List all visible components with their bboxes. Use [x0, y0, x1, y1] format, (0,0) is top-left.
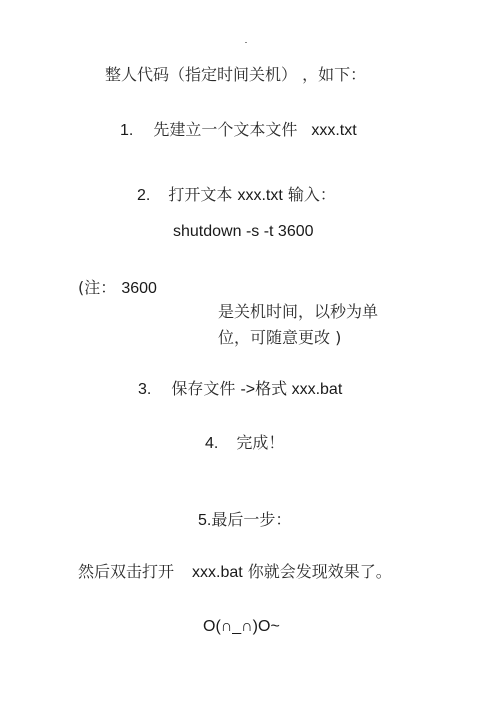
- step-number: 5.: [198, 511, 211, 531]
- step-number: 3.: [138, 380, 151, 400]
- step-number: 1.: [120, 121, 133, 141]
- step-text: 完成！: [236, 433, 284, 452]
- note-first-line: (注： 3600: [78, 278, 157, 299]
- intro-line: 整人代码（指定时间关机） ，如下：: [105, 65, 366, 85]
- step-text: 保存文件: [171, 379, 235, 398]
- document-page: 整人代码（指定时间关机） ，如下： 1.先建立一个文本文件xxx.txt 2.打…: [0, 0, 500, 708]
- step-format: ->格式 xxx.bat: [240, 381, 342, 398]
- note-line-1: 是关机时间，以秒为单: [218, 302, 378, 322]
- step-text: 最后一步：: [211, 510, 291, 529]
- final-line: 然后双击打开xxx.bat 你就会发现效果了。: [78, 562, 392, 583]
- header-mark: [245, 42, 247, 43]
- step-number: 2.: [137, 186, 150, 206]
- note-value: 3600: [121, 280, 157, 297]
- note-line-2: 位，可随意更改 ): [218, 328, 341, 348]
- step-text: 打开文本: [168, 185, 232, 204]
- final-filename: xxx.bat: [192, 564, 243, 581]
- step-number: 4.: [205, 434, 218, 454]
- step-4: 4.完成！: [205, 433, 284, 454]
- emoticon: O(∩_∩)O~: [203, 617, 280, 637]
- step-filename: xxx.txt: [237, 187, 282, 204]
- step-1: 1.先建立一个文本文件xxx.txt: [120, 120, 357, 141]
- step-text-suffix: 输入：: [288, 185, 336, 204]
- final-text: 然后双击打开: [78, 562, 174, 581]
- step-text: 先建立一个文本文件: [153, 120, 297, 139]
- step-filename: xxx.txt: [311, 122, 356, 139]
- note-prefix: (注：: [78, 278, 116, 297]
- step-3: 3.保存文件 ->格式 xxx.bat: [138, 379, 342, 400]
- final-text-suffix: 你就会发现效果了。: [248, 562, 392, 581]
- step-2: 2.打开文本 xxx.txt 输入：: [137, 185, 336, 206]
- step-5: 5.最后一步：: [198, 510, 291, 531]
- command-line: shutdown -s -t 3600: [173, 222, 314, 242]
